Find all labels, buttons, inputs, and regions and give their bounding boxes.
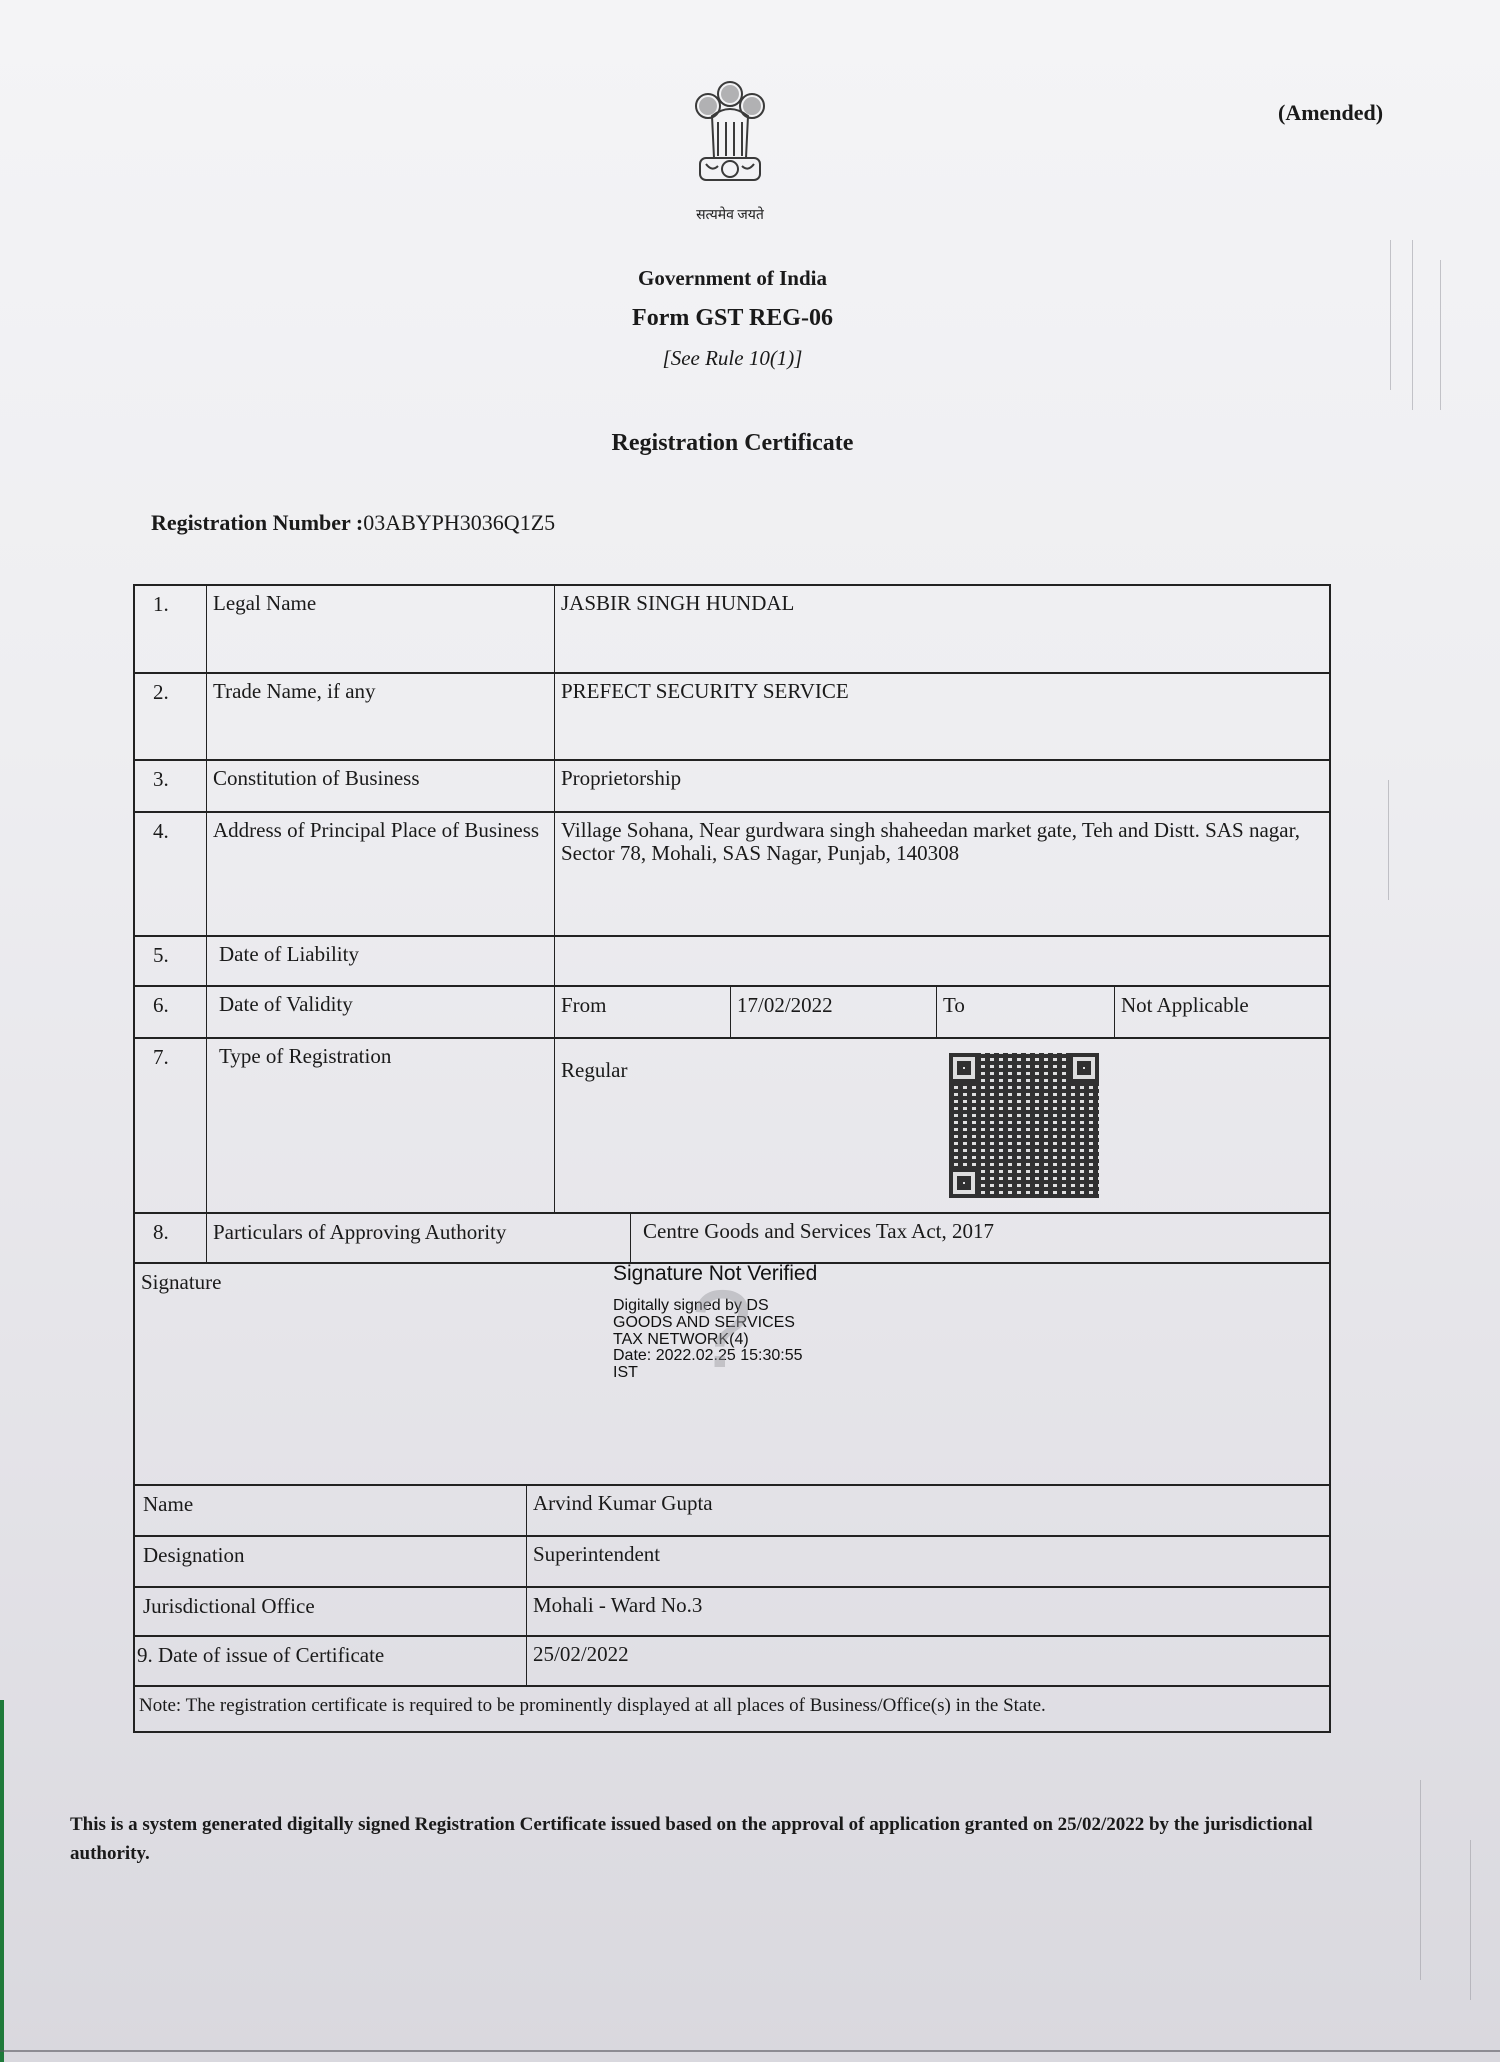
issue-date-value: 25/02/2022: [527, 1637, 1329, 1685]
designation-value: Superintendent: [527, 1537, 1329, 1586]
officer-row: 9. Date of issue of Certificate 25/02/20…: [135, 1637, 1329, 1687]
legal-name-value: JASBIR SINGH HUNDAL: [555, 586, 1329, 672]
row-label: Address of Principal Place of Business: [207, 813, 555, 935]
validity-to-label: To: [937, 987, 1115, 1037]
registration-details-table: 1. Legal Name JASBIR SINGH HUNDAL 2. Tra…: [133, 584, 1331, 1733]
officer-label: Designation: [135, 1537, 527, 1586]
signature-row: Signature ? Signature Not Verified Digit…: [135, 1264, 1329, 1486]
qr-code-icon: [949, 1053, 1099, 1198]
officer-row: Designation Superintendent: [135, 1537, 1329, 1588]
registration-number-value: 03ABYPH3036Q1Z5: [363, 510, 555, 535]
rule-reference: [See Rule 10(1)]: [0, 346, 1465, 371]
certificate-title: Registration Certificate: [0, 430, 1465, 457]
table-row: 8. Particulars of Approving Authority Ce…: [135, 1214, 1329, 1264]
constitution-value: Proprietorship: [555, 761, 1329, 811]
scan-artifact: [1388, 780, 1389, 900]
row-label: Date of Validity: [207, 987, 555, 1037]
address-value: Village Sohana, Near gurdwara singh shah…: [555, 813, 1329, 935]
row-label: Trade Name, if any: [207, 674, 555, 759]
officer-row: Name Arvind Kumar Gupta: [135, 1486, 1329, 1537]
row-number: 4.: [135, 813, 207, 935]
national-emblem-icon: [682, 72, 778, 192]
validity-from-label: From: [555, 987, 731, 1037]
jurisdictional-office-value: Mohali - Ward No.3: [527, 1588, 1329, 1635]
registration-number: Registration Number :03ABYPH3036Q1Z5: [151, 510, 555, 536]
government-heading: Government of India: [0, 266, 1465, 291]
validity-to-value: Not Applicable: [1115, 987, 1329, 1037]
emblem-motto: सत्यमेव जयते: [640, 205, 820, 224]
approving-authority-value: Centre Goods and Services Tax Act, 2017: [631, 1214, 1329, 1262]
row-label: Type of Registration: [207, 1039, 555, 1212]
officer-row: Jurisdictional Office Mohali - Ward No.3: [135, 1588, 1329, 1637]
system-generated-footer: This is a system generated digitally sig…: [70, 1810, 1390, 1869]
row-label: Particulars of Approving Authority: [207, 1214, 631, 1262]
row-number: 2.: [135, 674, 207, 759]
row-number: 6.: [135, 987, 207, 1037]
registration-number-label: Registration Number :: [151, 510, 363, 535]
display-note: Note: The registration certificate is re…: [135, 1687, 1050, 1731]
registration-type-cell: Regular: [555, 1039, 1329, 1212]
table-row: 6. Date of Validity From 17/02/2022 To N…: [135, 987, 1329, 1039]
table-row: 1. Legal Name JASBIR SINGH HUNDAL: [135, 586, 1329, 674]
signature-label: Signature: [141, 1270, 221, 1295]
row-number: 8.: [135, 1214, 207, 1262]
scan-artifact: [1470, 1840, 1471, 2000]
amended-label: (Amended): [1278, 100, 1383, 126]
row-label: Constitution of Business: [207, 761, 555, 811]
form-heading: Form GST REG-06: [0, 305, 1465, 332]
validity-from-value: 17/02/2022: [731, 987, 937, 1037]
digital-signature-block: ? Signature Not Verified Digitally signe…: [613, 1262, 817, 1382]
officer-label: Jurisdictional Office: [135, 1588, 527, 1635]
scan-artifact: [1420, 1780, 1421, 1980]
row-number: 7.: [135, 1039, 207, 1212]
row-number: 5.: [135, 937, 207, 985]
table-row: 3. Constitution of Business Proprietorsh…: [135, 761, 1329, 813]
table-row: 5. Date of Liability: [135, 937, 1329, 987]
trade-name-value: PREFECT SECURITY SERVICE: [555, 674, 1329, 759]
page-edge: [0, 1700, 4, 2062]
row-label: Legal Name: [207, 586, 555, 672]
note-row: Note: The registration certificate is re…: [135, 1687, 1329, 1733]
page-bottom-edge: [0, 2050, 1500, 2052]
officer-label: Name: [135, 1486, 527, 1535]
registration-type-value: Regular: [561, 1059, 1323, 1082]
question-mark-icon: ?: [691, 1266, 752, 1393]
row-number: 3.: [135, 761, 207, 811]
table-row: 2. Trade Name, if any PREFECT SECURITY S…: [135, 674, 1329, 761]
officer-label: 9. Date of issue of Certificate: [135, 1637, 527, 1685]
officer-name-value: Arvind Kumar Gupta: [527, 1486, 1329, 1535]
date-of-liability-value: [555, 937, 1329, 985]
table-row: 4. Address of Principal Place of Busines…: [135, 813, 1329, 937]
table-row: 7. Type of Registration Regular: [135, 1039, 1329, 1214]
row-number: 1.: [135, 586, 207, 672]
row-label: Date of Liability: [207, 937, 555, 985]
